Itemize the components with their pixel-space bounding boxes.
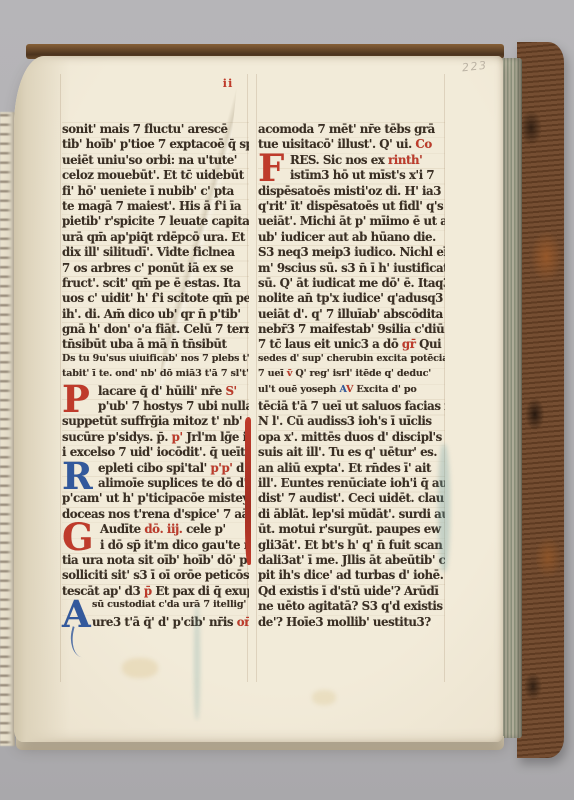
text-segment: alimoīe suplices te dō d' [98,476,247,490]
book-cover-board [517,42,564,758]
text-segment: fi' hō' ueniete ī nubib' c' pta [62,184,234,198]
text-segment: pietib' r'spicite 7 leuate capita [62,214,249,228]
text-line: suis ait ill'. Tu es q' uētur' es. [258,445,445,460]
folio-number-pencil: 223 [461,59,488,75]
text-segment: gnā h' don' o'a fiāt. Celū 7 terra [62,322,249,336]
ink-stain [438,444,450,572]
text-line: pietib' r'spicite 7 leuate capita [62,214,249,229]
text-line: m' 9scius sū. s3 n̄ ī h' iustificat' [258,261,445,276]
text-segment: ne uēto agitatā? S3 q'd existis ui [258,599,445,613]
text-segment: di āblāt. lep'si mūdāt'. surdi audi [258,507,445,521]
text-column-right: acomoda 7 mēt' nr̄e tēbs grātue uisitacō… [258,122,445,630]
text-line: celoz mouebūt'. Et tc̄ uidebūt [62,168,249,183]
text-segment: rinth' [388,153,422,167]
text-line: tabit' ī te. ond' nb' dō miā3 t'ā 7 sl't… [62,368,249,383]
text-line: ueiāt d'. q' 7 illuīab' abscōdita te [258,307,445,322]
text-segment: dali3at' ī me. Jllis āt abeūtib' ce [258,553,445,567]
text-segment: suis ait ill'. Tu es q' uētur' es. [258,445,437,459]
text-segment: ure3 t'ā q̄' d' p'cib' nr̄is [92,615,237,629]
text-line: suppetūt suffrḡia mitoz t' nb' [62,414,249,429]
page-heading-numeral: ii [210,76,246,90]
text-segment: q'rit' īt' dispēsatoēs ut fidl' q's ī [258,199,445,213]
text-line: dix ill' silitudī'. Vidte ficlnea [62,245,249,260]
text-line: ub' iudicer aut ab hūano die. [258,230,445,245]
text-line: ill'. Euntes renūciate ioh'i q̄ au [258,476,445,491]
text-line: tib' hoīb' p'tioe 7 exptacoē q̄ sp' [62,137,249,152]
text-line: tue uisitacō' illust'. Q' ui. Co [258,137,445,152]
text-line: N l'. Cū audiss3 ioh's ī uīclis [258,414,445,429]
text-line: de'? Hoīe3 mollib' uestitu3? [258,615,445,630]
manuscript-page: ii 223 sonit' mais 7 fluctu' arescētib' … [14,56,503,742]
text-segment: te magā 7 maiest'. His ā f'i īa [62,199,241,213]
text-segment: de'? Hoīe3 mollib' uestitu3? [258,615,431,629]
text-segment: opa x'. mittēs duos d' discipl's [258,430,442,444]
text-line: opa x'. mittēs duos d' discipl's [258,430,445,445]
text-line: ih'. di. Am̄ dico ub' qr n̄ p'tib' [62,307,249,322]
text-line: istīm3 hō ut mīst's x'i 7 [258,168,445,183]
text-segment: i dō sp̄ it'm dico gau'te modes [100,538,249,552]
text-line: uos c' uidit' h' f'i scitote qm̄ pe ē [62,291,249,306]
text-segment: ub' iudicer aut ab hūano die. [258,230,436,244]
text-line: S3 neq3 meip3 iudico. Nichl eī [258,245,445,260]
text-line: ul't ouē yoseph AV Excita d' po [258,384,445,399]
text-segment: m' 9scius sū. s3 n̄ ī h' iustificat' [258,261,445,275]
text-line: an aliū expta'. Et rn̄des ī' ait [258,461,445,476]
illuminated-initial: P [62,381,90,418]
text-line: gli3āt'. Et bt's h' q' n̄ fuit scan [258,538,445,553]
text-segment: Qui [416,337,442,351]
illuminated-initial: R [62,458,93,495]
text-line: pit ih's dice' ad turbas d' iohē. [258,568,445,583]
text-segment: nolite an̄ tp'x iudice' q'adusq3 [258,291,443,305]
text-segment: dist' 7 audist'. Ceci uidēt. clau [258,491,444,505]
text-line: RES. Sic nos ex rinth' [258,153,445,168]
illuminated-initial: A [62,596,91,633]
text-segment: tn̄sibūt uba ā mā n̄ tn̄sibūt [62,337,227,351]
text-segment: solliciti sit' s3 ī oī orōe peticōs ure … [62,568,249,582]
text-segment: 7 tc̄ laus eit unic3 a dō [258,337,402,351]
text-line: nolite an̄ tp'x iudice' q'adusq3 [258,291,445,306]
text-segment: ul't ouē yoseph [258,384,339,395]
text-line: Qd existis ī d'stū uide'? Arūdī [258,584,445,599]
text-segment: RES. Sic nos ex [290,153,388,167]
text-segment: sucūre p'sidys. p̄. [62,430,172,444]
text-line: nebr̄3 7 maifestab' 9silia c'diū [258,322,445,337]
text-segment: lacare q̄ d' hūili' nr̄e [98,384,225,398]
ruling-line [60,74,61,682]
facing-page-sliver [0,112,15,746]
text-line: tn̄sibūt uba ā mā n̄ tn̄sibūt [62,337,249,352]
text-segment: Jrl'm lḡe ista [183,430,249,444]
text-segment: ill'. Euntes renūciate ioh'i q̄ au [258,476,445,490]
text-segment: ih'. di. Am̄ dico ub' qr n̄ p'tib' [62,307,241,321]
text-line: dispēsatoēs misti'oz di. H' ia3 [258,184,445,199]
text-line: sū. Q' āt iudicat me dō' ē. Itaq3 [258,276,445,291]
text-segment: N l'. Cū audiss3 ioh's ī uīclis [258,414,432,428]
text-segment: Q' reg' isrl' itēde q' deduc' [292,368,431,379]
text-line: lacare q̄ d' hūili' nr̄e S' [62,384,249,399]
text-line: fi' hō' ueniete ī nubib' c' pta [62,184,249,199]
text-segment: sedes d' sup' cherubin excita potēcia3 [258,353,445,364]
text-block-fore-edge [500,58,522,738]
text-segment: sū. Q' āt iudicat me dō' ē. Itaq3 [258,276,445,290]
text-line: sonit' mais 7 fluctu' arescē [62,122,249,137]
text-segment: fruct'. scit' qm̄ pe ē estas. Ita [62,276,240,290]
text-line: Ds tu 9u'sus uiuificab' nos 7 plebs t' l… [62,353,249,368]
text-line: dist' 7 audist'. Ceci uidēt. clau [258,491,445,506]
text-segment: ueiāt d'. q' 7 illuīab' abscōdita te [258,307,445,321]
photo-background: ii 223 sonit' mais 7 fluctu' arescētib' … [0,0,574,800]
text-segment: p'p' [211,461,233,475]
text-segment: ueiēt uniu'so orbi: na u'tute' [62,153,237,167]
text-segment: gr̄ [402,337,416,351]
text-segment: dix ill' silitudī'. Vidte ficlnea [62,245,235,259]
text-segment: pit ih's dice' ad turbas d' iohē. [258,568,443,582]
text-segment: p' [172,430,183,444]
text-line: p'ub' 7 hostys 7 ubi nulla [62,399,249,414]
text-line: sucūre p'sidys. p̄. p' Jrl'm lḡe ista [62,430,249,445]
text-segment: Ds tu 9u'sus uiuificab' nos 7 plebs t' l… [62,353,249,364]
text-segment: S' [225,384,236,398]
text-line: ueiāt'. Michi āt p' mīimo ē ut a [258,214,445,229]
text-segment: tēciā t'ā 7 ueī ut saluos facias nos [258,399,445,413]
text-line: q'rit' īt' dispēsatoēs ut fidl' q's ī [258,199,445,214]
text-column-left: sonit' mais 7 fluctu' arescētib' hoīb' p… [62,122,249,630]
text-segment: or̄ [237,615,249,629]
text-segment: Excita d' po [353,384,416,395]
text-line: ūt. motui r'surgūt. paupes ew [258,522,445,537]
text-segment: urā qm̄ ap'piq̄t rdēpcō ura. Et [62,230,245,244]
text-segment: cele p' [186,522,226,536]
text-line: fruct'. scit' qm̄ pe ē estas. Ita [62,276,249,291]
text-segment: 7 ueī [258,368,287,379]
text-line: dali3at' ī me. Jllis āt abeūtib' ce [258,553,445,568]
text-segment: p'ub' 7 hostys 7 ubi nulla [98,399,249,413]
text-segment: sonit' mais 7 fluctu' arescē [62,122,228,136]
text-line: 7 os arbres c' ponūt iā ex se [62,261,249,276]
text-line: 7 ueī v̄ Q' reg' isrl' itēde q' deduc' [258,368,445,383]
foxing-spot [122,658,158,678]
text-segment: 7 os arbres c' ponūt iā ex se [62,261,233,275]
text-line: te magā 7 maiest'. His ā f'i īa [62,199,249,214]
illuminated-initial: F [258,150,284,187]
text-segment: Qd existis ī d'stū uide'? Arūdī [258,584,438,598]
text-segment: uos c' uidit' h' f'i scitote qm̄ pe ē [62,291,249,305]
text-segment: an aliū expta'. Et rn̄des ī' ait [258,461,431,475]
text-segment: sū custodiat c'da urā 7 itellig' ur̄as [92,599,249,610]
text-segment: celoz mouebūt'. Et tc̄ uidebūt [62,168,244,182]
illuminated-initial-bar [245,417,251,565]
text-segment: epleti cibo spi'tal' [98,461,211,475]
text-segment: nebr̄3 7 maifestab' 9silia c'diū [258,322,444,336]
text-line: acomoda 7 mēt' nr̄e tēbs grā [258,122,445,137]
text-segment: Co [415,137,431,151]
ink-stain [194,604,200,720]
text-line: 7 tc̄ laus eit unic3 a dō gr̄ Qui [258,337,445,352]
text-segment: ueiāt'. Michi āt p' mīimo ē ut a [258,214,445,228]
text-line: tēciā t'ā 7 ueī ut saluos facias nos Mat… [258,399,445,414]
text-segment: tabit' ī te. ond' nb' dō miā3 t'ā 7 sl't… [62,368,249,379]
ruling-line [256,74,257,682]
text-segment: ūt. motui r'surgūt. paupes ew [258,522,441,536]
text-segment: istīm3 hō ut mīst's x'i 7 [290,168,434,182]
text-line: ueiēt uniu'so orbi: na u'tute' [62,153,249,168]
text-segment: p̄ [144,584,152,598]
illuminated-initial: G [62,519,94,556]
text-segment: dispēsatoēs misti'oz di. H' ia3 [258,184,441,198]
text-segment: gli3āt'. Et bt's h' q' n̄ fuit scan [258,538,442,552]
text-segment: dō. iij. [144,522,186,536]
text-segment: S3 neq3 meip3 iudico. Nichl eī [258,245,445,259]
text-segment: Et pax di q̄ exupat oē3 se' [152,584,249,598]
text-line: solliciti sit' s3 ī oī orōe peticōs ure … [62,568,249,583]
foxing-spot [312,690,336,705]
text-line: di āblāt. lep'si mūdāt'. surdi audi [258,507,445,522]
text-line: sedes d' sup' cherubin excita potēcia3 [258,353,445,368]
text-line: ne uēto agitatā? S3 q'd existis ui [258,599,445,614]
text-line: gnā h' don' o'a fiāt. Celū 7 terra [62,322,249,337]
text-segment: acomoda 7 mēt' nr̄e tēbs grā [258,122,435,136]
text-line: urā qm̄ ap'piq̄t rdēpcō ura. Et [62,230,249,245]
text-segment: tib' hoīb' p'tioe 7 exptacoē q̄ sp' [62,137,249,151]
text-segment: Audīte [100,522,144,536]
